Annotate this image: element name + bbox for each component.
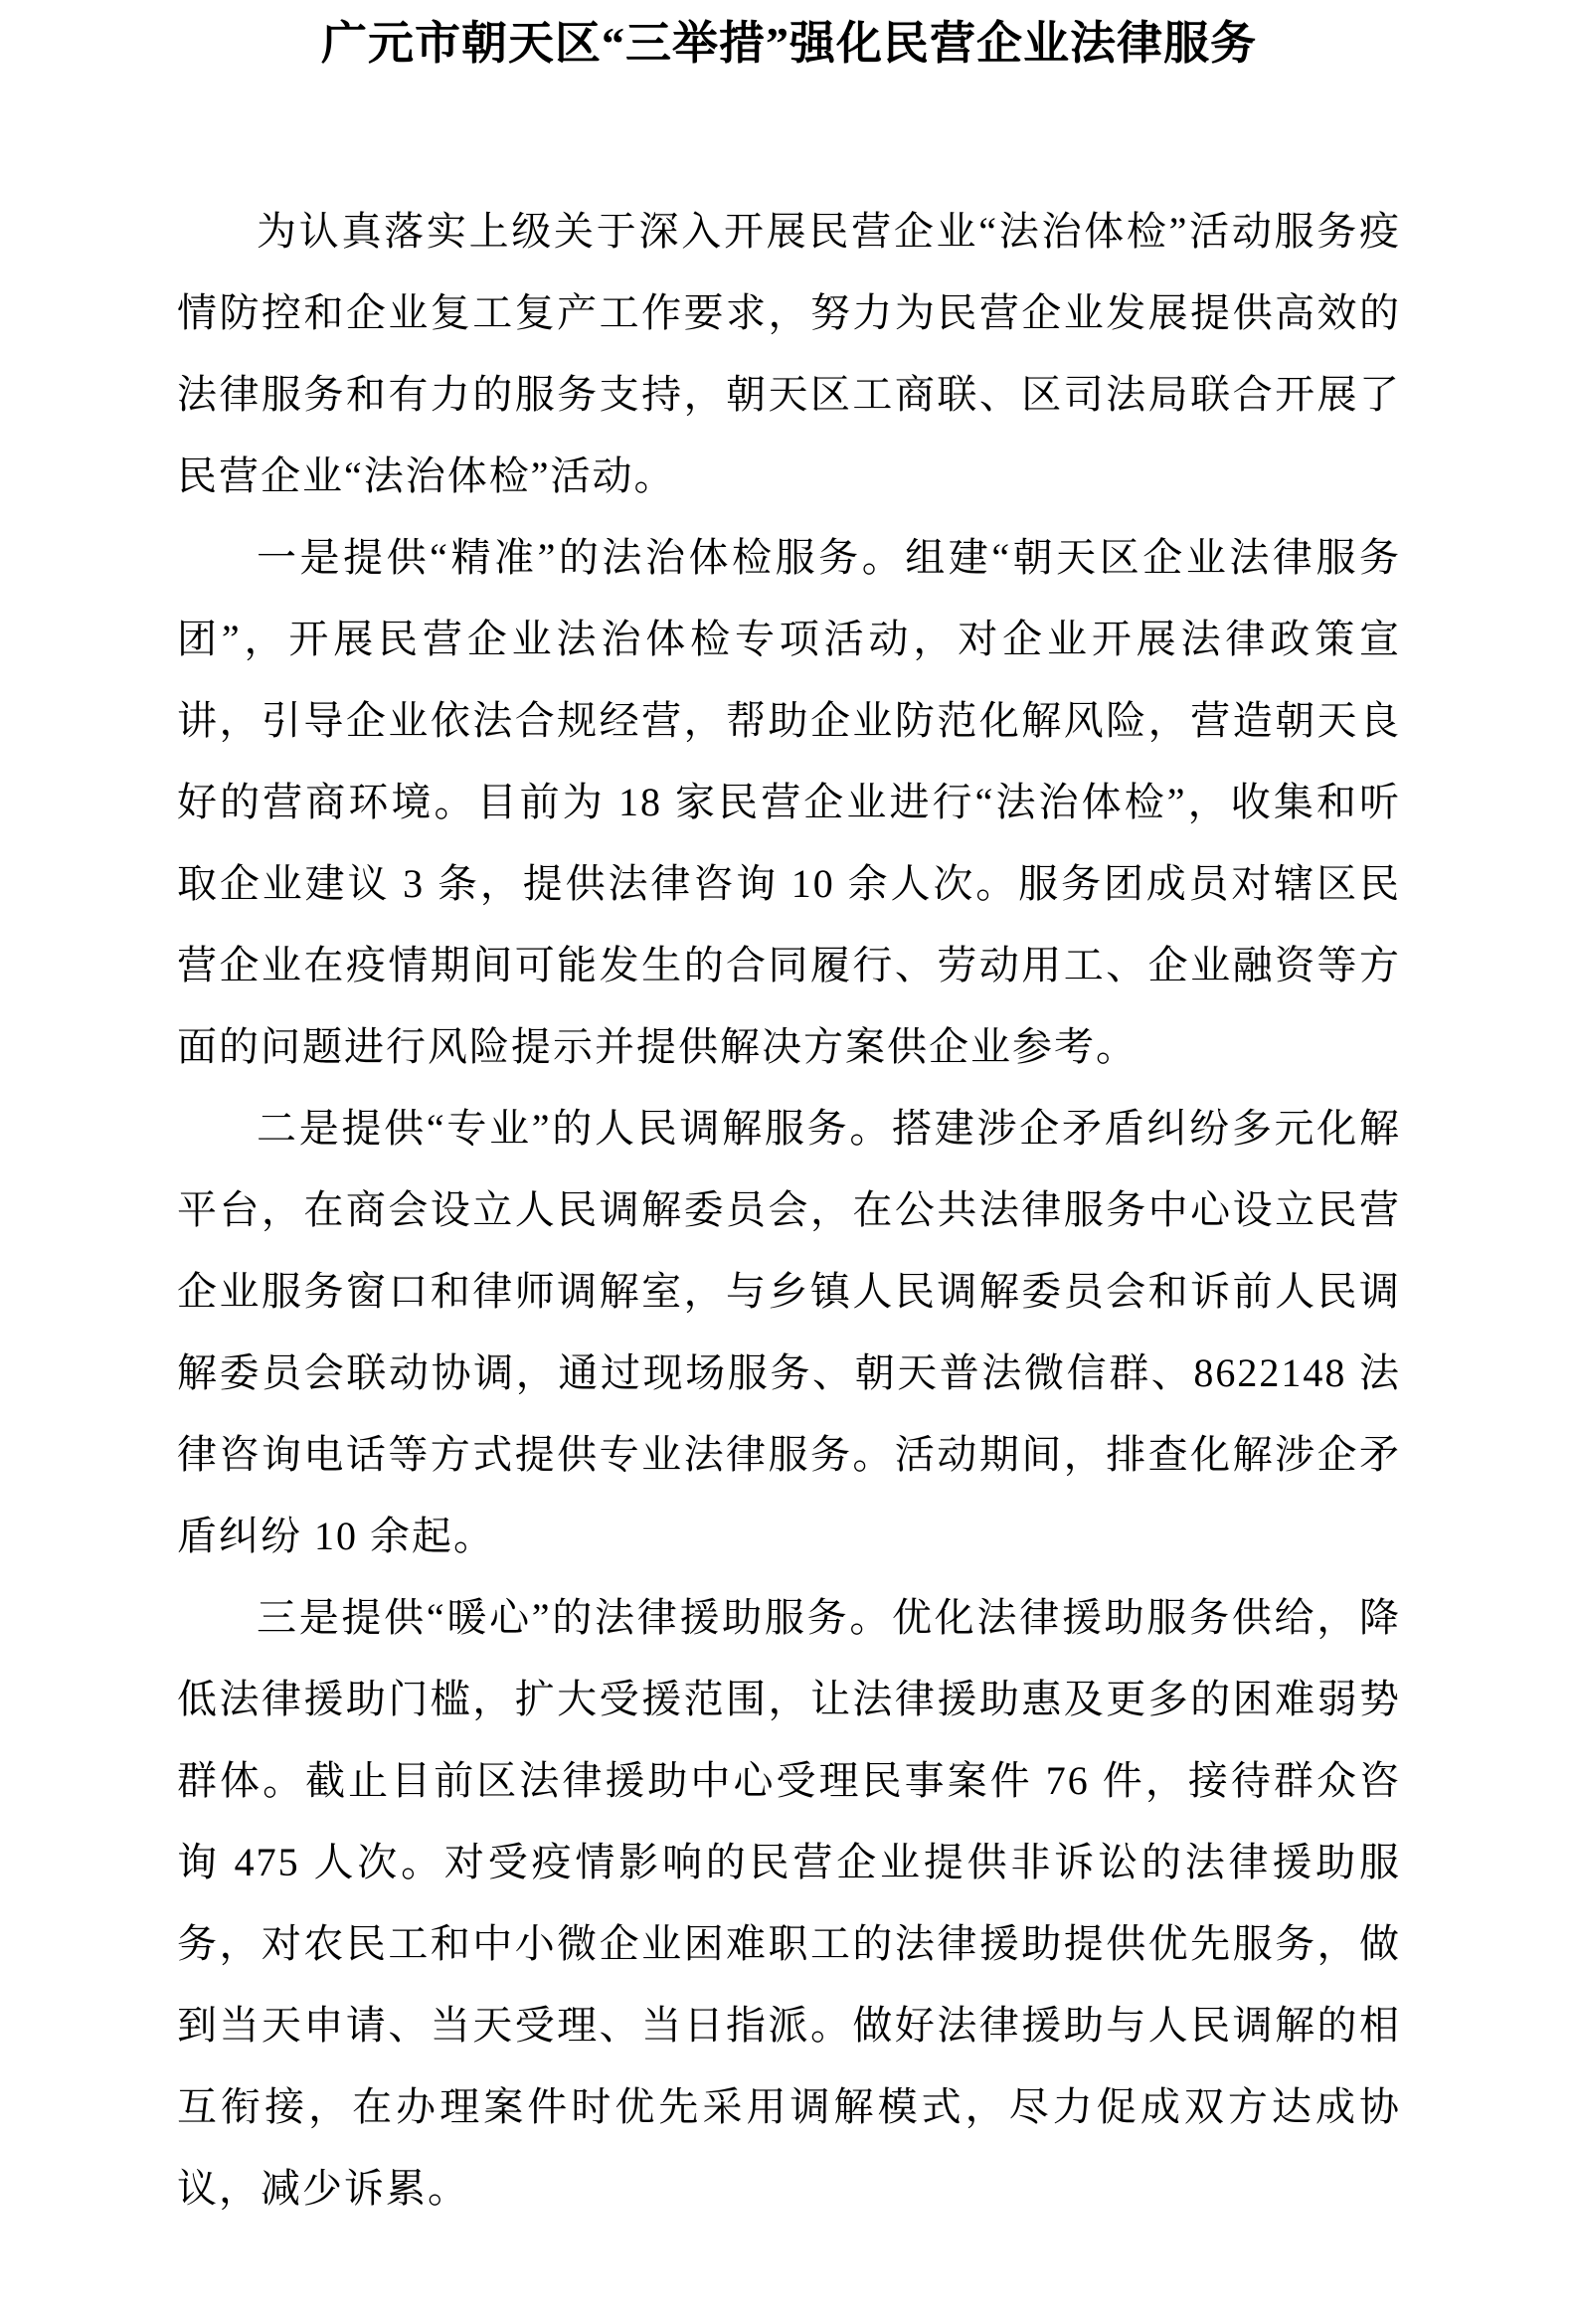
paragraph-intro: 为认真落实上级关于深入开展民营企业“法治体检”活动服务疫情防控和企业复工复产工作…: [177, 191, 1401, 517]
paragraph-measure-one: 一是提供“精准”的法治体检服务。组建“朝天区企业法律服务团”，开展民营企业法治体…: [177, 517, 1401, 1088]
paragraph-measure-three: 三是提供“暖心”的法律援助服务。优化法律援助服务供给，降低法律援助门槛，扩大受援…: [177, 1577, 1401, 2230]
paragraph-measure-two: 二是提供“专业”的人民调解服务。搭建涉企矛盾纠纷多元化解平台，在商会设立人民调解…: [177, 1088, 1401, 1577]
document-page: 广元市朝天区“三举措”强化民营企业法律服务 为认真落实上级关于深入开展民营企业“…: [0, 0, 1578, 2324]
document-title: 广元市朝天区“三举措”强化民营企业法律服务: [177, 10, 1401, 74]
document-body: 为认真落实上级关于深入开展民营企业“法治体检”活动服务疫情防控和企业复工复产工作…: [177, 191, 1401, 2230]
